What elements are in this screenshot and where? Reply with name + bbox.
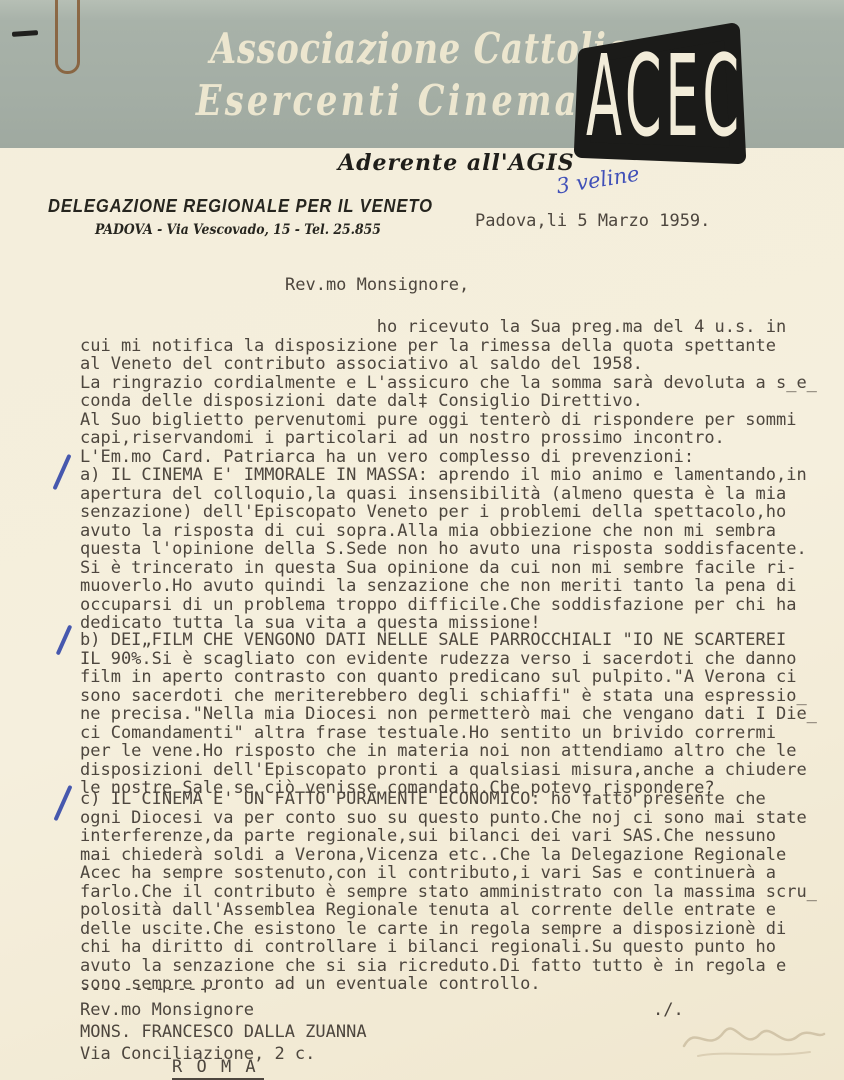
acec-logo: ACEC — [572, 22, 748, 176]
divider-dashes: ------------- — [80, 980, 220, 999]
margin-mark-b — [56, 625, 73, 656]
org-name-line1: Associazione Cattolica — [100, 24, 500, 73]
paragraph-a: a) IL CINEMA E' IMMORALE IN MASSA: apren… — [80, 466, 807, 633]
paragraph-c: c) IL CINEMA E' UN FATTO PURAMENTE ECONO… — [80, 790, 817, 994]
pencil-signature — [678, 1012, 828, 1067]
org-name-line2: Esercenti Cinema — [100, 76, 500, 125]
delegation-title: DELEGAZIONE REGIONALE PER IL VENETO — [48, 196, 466, 217]
paragraph-opening: ho ricevuto la Sua preg.ma del 4 u.s. in… — [80, 318, 817, 466]
acec-logo-shape: ACEC — [572, 22, 748, 172]
paperclip-mark — [55, 0, 80, 74]
margin-mark-a — [52, 454, 71, 490]
acec-logo-text: ACEC — [586, 31, 743, 162]
paragraph-b: b) DEI„FILM CHE VENGONO DATI NELLE SALE … — [80, 631, 817, 798]
date-line: Padova,li 5 Marzo 1959. — [475, 212, 710, 231]
recipient-city: R O M A — [172, 1058, 264, 1080]
delegation-address: PADOVA - Via Vescovado, 15 - Tel. 25.855 — [95, 222, 406, 238]
letter-page: Associazione Cattolica Esercenti Cinema … — [0, 0, 844, 1080]
margin-mark-c — [53, 785, 72, 821]
recipient-block: Rev.mo Monsignore MONS. FRANCESCO DALLA … — [80, 1000, 367, 1065]
salutation: Rev.mo Monsignore, — [285, 276, 469, 295]
affiliation-label: Aderente all'AGIS — [338, 150, 575, 176]
